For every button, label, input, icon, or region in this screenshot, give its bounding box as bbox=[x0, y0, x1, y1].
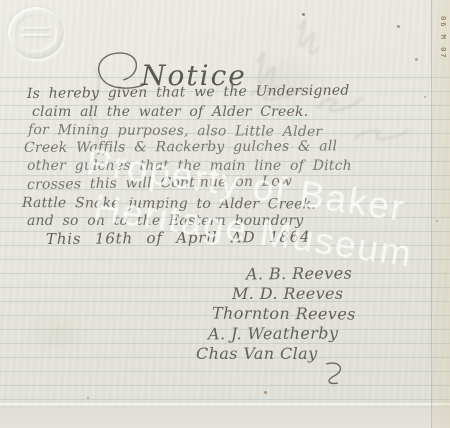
handwritten-line: crosses this will Continue on Low bbox=[27, 173, 292, 193]
seal-inner-ring bbox=[15, 14, 57, 52]
signature: A. J. Weatherby bbox=[208, 324, 338, 344]
handwritten-line: for Mining purposes, also Little Alder bbox=[28, 122, 322, 140]
signature-flourish-icon bbox=[318, 360, 348, 386]
handwritten-line: claim all the water of Alder Creek. bbox=[32, 104, 308, 120]
fold-crease bbox=[0, 401, 450, 407]
paper-speck bbox=[415, 58, 418, 61]
signature: Chas Van Clay bbox=[196, 344, 318, 363]
paper-speck bbox=[424, 96, 426, 98]
handwritten-line: Is hereby given that we the Undersigned bbox=[27, 83, 350, 102]
below-fold-area bbox=[0, 407, 450, 428]
handwritten-line: Rattle Snake jumping to Alder Creek. bbox=[22, 195, 316, 213]
date-line: This 16th of April AD 1864 bbox=[46, 228, 311, 248]
catalog-number: 06 M 07 bbox=[439, 16, 447, 60]
paper-speck bbox=[87, 397, 89, 399]
handwritten-line: and so on to the Eastern boundary bbox=[27, 213, 303, 229]
paper-stain bbox=[240, 50, 330, 110]
embossed-seal-icon bbox=[8, 7, 64, 59]
paper-speck bbox=[397, 25, 400, 28]
signature: Thornton Reeves bbox=[212, 303, 356, 323]
signature: M. D. Reeves bbox=[232, 284, 344, 303]
handwritten-line: other gulches that the main line of Ditc… bbox=[27, 158, 352, 174]
paper-stain bbox=[22, 310, 92, 356]
handwritten-line: Creek Waffils & Rackerby gulches & all bbox=[24, 138, 337, 156]
paper-speck bbox=[264, 391, 267, 394]
paper-speck bbox=[302, 13, 305, 16]
page-edge-strip bbox=[431, 0, 450, 428]
seal-detail bbox=[22, 34, 50, 38]
document-scan: Notice Is hereby given that we the Under… bbox=[0, 0, 450, 428]
signature: A. B. Reeves bbox=[246, 264, 352, 284]
seal-detail bbox=[22, 27, 50, 31]
